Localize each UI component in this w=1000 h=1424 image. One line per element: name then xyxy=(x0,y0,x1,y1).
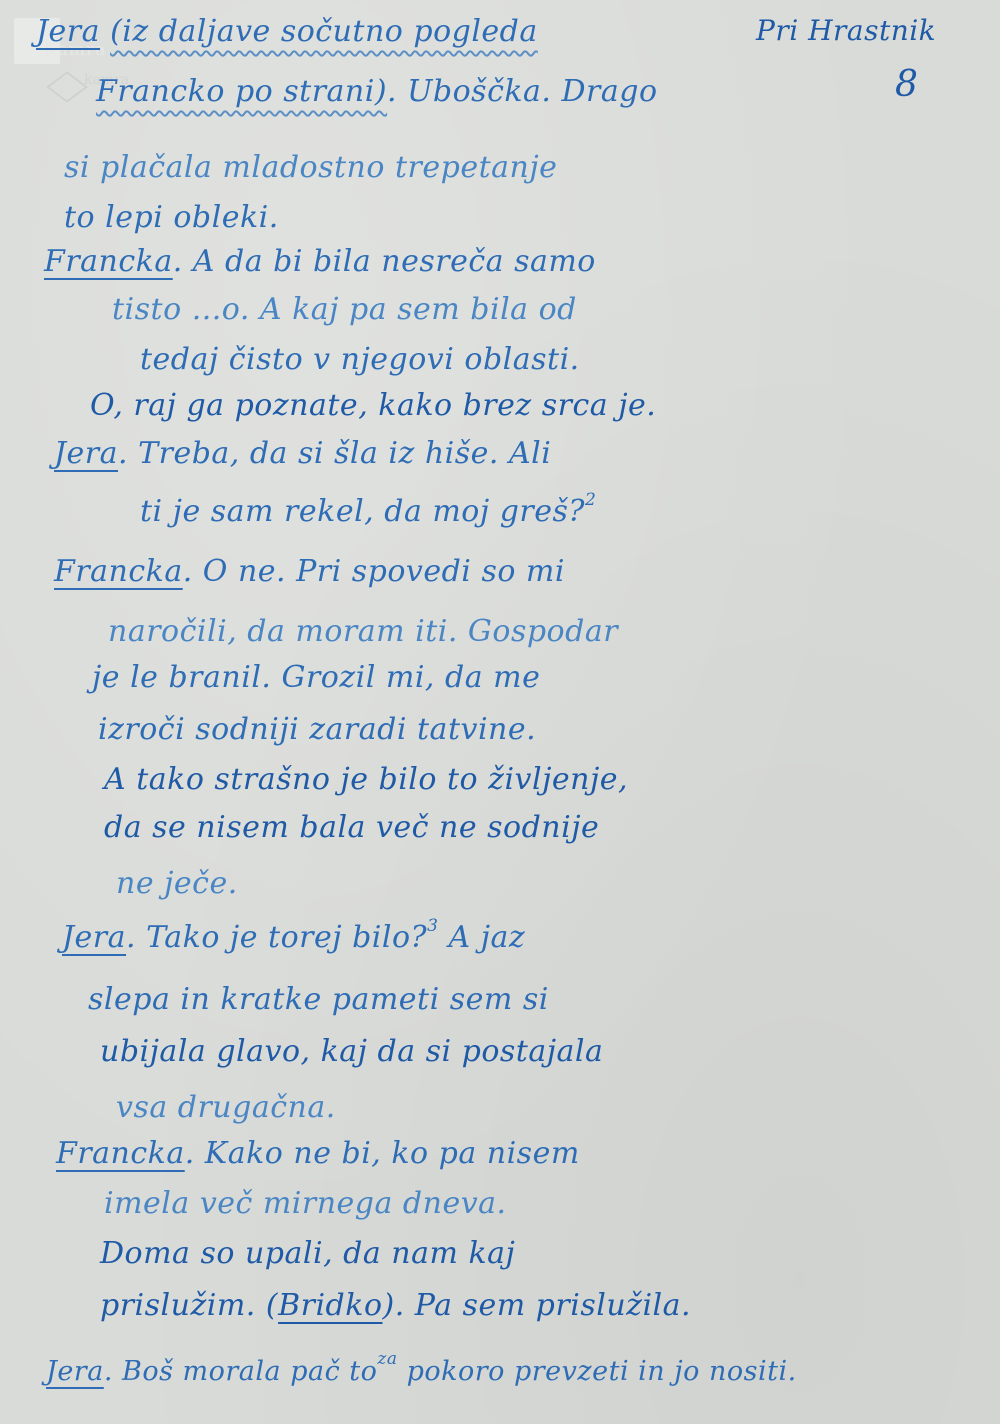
manuscript-line-12: naročili, da moram iti. Gospodar xyxy=(108,614,618,649)
stage-direction: (iz daljave sočutno pogleda xyxy=(110,14,538,49)
stage-direction: Bridko xyxy=(278,1288,382,1323)
manuscript-line-20: ubijala glavo, kaj da si postajala xyxy=(100,1034,603,1069)
line-text: . O ne. Pri spovedi so mi xyxy=(183,554,565,589)
manuscript-line-26: Jera. Boš morala pač toza pokoro prevzet… xyxy=(46,1356,797,1387)
manuscript-line-8: O, raj ga poznate, kako brez srca je. xyxy=(90,388,656,423)
line-text: . Treba, da si šla iz hiše. Ali xyxy=(118,436,551,471)
line-text: . Kako ne bi, ko pa nisem xyxy=(185,1136,580,1171)
line-text: A jaz xyxy=(438,920,525,955)
manuscript-line-14: izroči sodniji zaradi tatvine. xyxy=(98,712,536,747)
header-place: Pri Hrastnik xyxy=(756,14,936,47)
manuscript-line-10: ti je sam rekel, da moj greš?2 xyxy=(140,494,596,529)
manuscript-line-25: prislužim. (Bridko). Pa sem prislužila. xyxy=(100,1288,691,1323)
speaker-label: Francka xyxy=(54,554,183,589)
manuscript-line-16: da se nisem bala več ne sodnije xyxy=(104,810,599,845)
manuscript-line-11: Francka. O ne. Pri spovedi so mi xyxy=(54,554,565,589)
watermark-cube-icon xyxy=(46,71,88,103)
line-text: . A da bi bila nesreča samo xyxy=(173,244,596,279)
line-text: . Boš morala pač to xyxy=(104,1356,378,1387)
speaker-label: Jera xyxy=(36,14,100,49)
inserted-word: za xyxy=(377,1349,397,1369)
stage-direction: Francko po strani) xyxy=(96,74,387,109)
manuscript-line-18: Jera. Tako je torej bilo?3 A jaz xyxy=(62,920,525,955)
manuscript-line-24: Doma so upali, da nam kaj xyxy=(100,1236,515,1271)
speaker-label: Francka xyxy=(44,244,173,279)
speaker-label: Francka xyxy=(56,1136,185,1171)
manuscript-line-13: je le branil. Grozil mi, da me xyxy=(92,660,540,695)
footnote-mark: 3 xyxy=(427,916,438,936)
manuscript-line-4: to lepi obleki. xyxy=(64,200,279,235)
manuscript-line-5: Francka. A da bi bila nesreča samo xyxy=(44,244,596,279)
page-number: 8 xyxy=(895,64,918,105)
manuscript-line-9: Jera. Treba, da si šla iz hiše. Ali xyxy=(54,436,551,471)
speaker-label: Jera xyxy=(46,1356,104,1387)
manuscript-line-3: si plačala mladostno trepetanje xyxy=(64,150,557,185)
manuscript-line-15: A tako strašno je bilo to življenje, xyxy=(104,762,628,797)
manuscript-line-17: ne ječe. xyxy=(116,866,238,901)
line-text: prislužim. ( xyxy=(100,1288,278,1323)
manuscript-line-6: tisto ...o. A kaj pa sem bila od xyxy=(112,292,577,327)
manuscript-line-7: tedaj čisto v njegovi oblasti. xyxy=(140,342,580,377)
speaker-label: Jera xyxy=(62,920,126,955)
manuscript-line-21: vsa drugačna. xyxy=(116,1090,336,1125)
line-text: . Tako je torej bilo? xyxy=(126,920,427,955)
manuscript-line-22: Francka. Kako ne bi, ko pa nisem xyxy=(56,1136,580,1171)
line-text: ). Pa sem prislužila. xyxy=(383,1288,692,1323)
line-text: pokoro prevzeti in jo nositi. xyxy=(397,1356,796,1387)
line-text: ti je sam rekel, da moj greš? xyxy=(140,494,585,529)
footnote-mark: 2 xyxy=(585,490,596,510)
manuscript-line-1: Jera (iz daljave sočutno pogleda xyxy=(36,14,538,49)
manuscript-line-23: imela več mirnega dneva. xyxy=(104,1186,507,1221)
manuscript-line-2: Francko po strani). Uboščka. Drago xyxy=(96,74,658,109)
manuscript-line-19: slepa in kratke pameti sem si xyxy=(88,982,549,1017)
speaker-label: Jera xyxy=(54,436,118,471)
line-text: . Uboščka. Drago xyxy=(387,74,658,109)
